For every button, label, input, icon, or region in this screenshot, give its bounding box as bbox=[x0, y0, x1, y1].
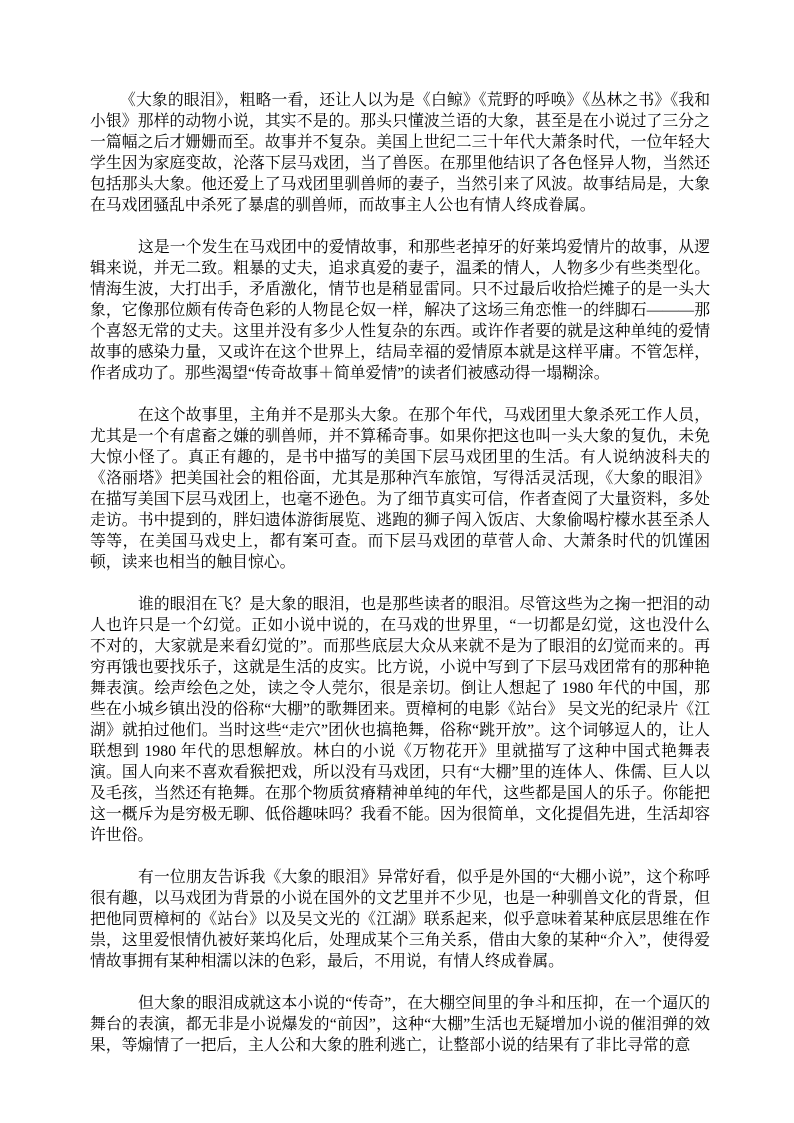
paragraph: 谁的眼泪在飞？是大象的眼泪，也是那些读者的眼泪。尽管这些为之掬一把泪的动人也许只… bbox=[90, 594, 710, 846]
document-page: 《大象的眼泪》，粗略一看，还让人以为是《白鲸》《荒野的呼唤》《丛林之书》《我和小… bbox=[0, 0, 794, 1123]
paragraph: 但大象的眼泪成就这本小说的“传奇”，在大棚空间里的争斗和压抑，在一个逼仄的舞台的… bbox=[90, 993, 710, 1056]
paragraph: 在这个故事里，主角并不是那头大象。在那个年代，马戏团里大象杀死工作人员，尤其是一… bbox=[90, 405, 710, 573]
article-body: 《大象的眼泪》，粗略一看，还让人以为是《白鲸》《荒野的呼唤》《丛林之书》《我和小… bbox=[90, 90, 710, 1056]
paragraph: 《大象的眼泪》，粗略一看，还让人以为是《白鲸》《荒野的呼唤》《丛林之书》《我和小… bbox=[90, 90, 710, 216]
paragraph: 有一位朋友告诉我《大象的眼泪》异常好看，似乎是外国的“大棚小说”，这个称呼很有趣… bbox=[90, 867, 710, 972]
paragraph: 这是一个发生在马戏团中的爱情故事，和那些老掉牙的好莱坞爱情片的故事，从逻辑来说，… bbox=[90, 237, 710, 384]
